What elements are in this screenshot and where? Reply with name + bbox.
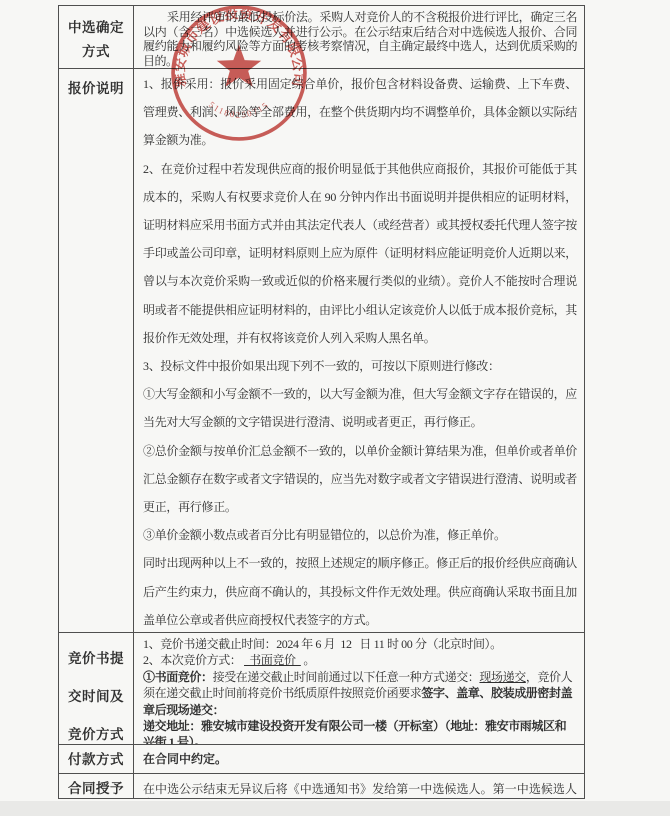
row-label: 付款方式 (59, 745, 134, 773)
row-label: 竞价书提交时间及竞价方式 (59, 633, 134, 744)
paragraph: 3、投标文件中报价如果出现下列不一致的，可按以下原则进行修改： (143, 352, 577, 380)
paragraph: 递交地址：雅安城市建设投资开发有限公司一楼（开标室）（地址：雅安市雨城区和兴街 … (143, 718, 577, 744)
paragraph: 同时出现两种以上不一致的，按照上述规定的顺序修正。修正后的报价经供应商确认后产生… (143, 549, 577, 632)
row-content: 在合同中约定。 (134, 745, 584, 773)
paragraph: 在中选公示结束无异议后将《中选通知书》发给第一中选候选人。第一中选候选人在 (143, 782, 577, 798)
table-row-selection-method: 中选确定方式 采用经评审的最低投标价法。采购人对竞价人的不含税报价进行评比，确定… (59, 6, 584, 68)
document-page: 中选确定方式 采用经评审的最低投标价法。采购人对竞价人的不含税报价进行评比，确定… (0, 0, 670, 816)
procurement-info-table: 中选确定方式 采用经评审的最低投标价法。采购人对竞价人的不含税报价进行评比，确定… (58, 5, 585, 799)
table-row-contract-award: 合同授予 在中选公示结束无异议后将《中选通知书》发给第一中选候选人。第一中选候选… (59, 773, 584, 798)
row-label: 合同授予 (59, 774, 134, 798)
paragraph: 2、本次竞价方式： 书面竞价 。 (143, 652, 577, 668)
page-edge-shadow (0, 801, 670, 816)
paragraph: ①书面竞价：接受在递交截止时间前通过以下任意一种方式递交：现场递交，竞价人须在递… (143, 669, 577, 718)
scanned-document-page: { "colors": { "seal_red": "#c5433d", "bo… (0, 0, 670, 816)
row-content: 采用经评审的最低投标价法。采购人对竞价人的不含税报价进行评比，确定三名以内（含三… (134, 6, 584, 68)
row-label: 报价说明 (59, 69, 134, 632)
paragraph: ①大写金额和小写金额不一致的，以大写金额为准，但大写金额文字存在错误的，应当先对… (143, 380, 577, 436)
paragraph: ②总价金额与按单价汇总金额不一致的，以单价金额计算结果为准，但单价或者单价汇总金… (143, 437, 577, 522)
row-content: 1、报价采用：报价采用固定综合单价，报价包含材料设备费、运输费、上下车费、管理费… (134, 69, 584, 632)
row-content: 1、竞价书递交截止时间：2024 年 6 月 12 日 11 时 00 分（北京… (134, 633, 584, 744)
row-content: 在中选公示结束无异议后将《中选通知书》发给第一中选候选人。第一中选候选人在 (134, 774, 584, 798)
paragraph: 2、在竞价过程中若发现供应商的报价明显低于其他供应商报价，其报价可能低于其成本的… (143, 155, 577, 352)
paragraph: 在合同中约定。 (143, 751, 577, 767)
table-row-quotation-notes: 报价说明 1、报价采用：报价采用固定综合单价，报价包含材料设备费、运输费、上下车… (59, 68, 584, 632)
paragraph: 1、报价采用：报价采用固定综合单价，报价包含材料设备费、运输费、上下车费、管理费… (143, 70, 577, 155)
paragraph: ③单价金额小数点或者百分比有明显错位的，以总价为准，修正单价。 (143, 521, 577, 549)
paragraph: 1、竞价书递交截止时间：2024 年 6 月 12 日 11 时 00 分（北京… (143, 636, 577, 652)
table-row-payment-method: 付款方式 在合同中约定。 (59, 744, 584, 773)
paragraph: 采用经评审的最低投标价法。采购人对竞价人的不含税报价进行评比，确定三名以内（含三… (143, 10, 577, 68)
row-label: 中选确定方式 (59, 6, 134, 68)
table-row-bid-submission: 竞价书提交时间及竞价方式 1、竞价书递交截止时间：2024 年 6 月 12 日… (59, 632, 584, 744)
